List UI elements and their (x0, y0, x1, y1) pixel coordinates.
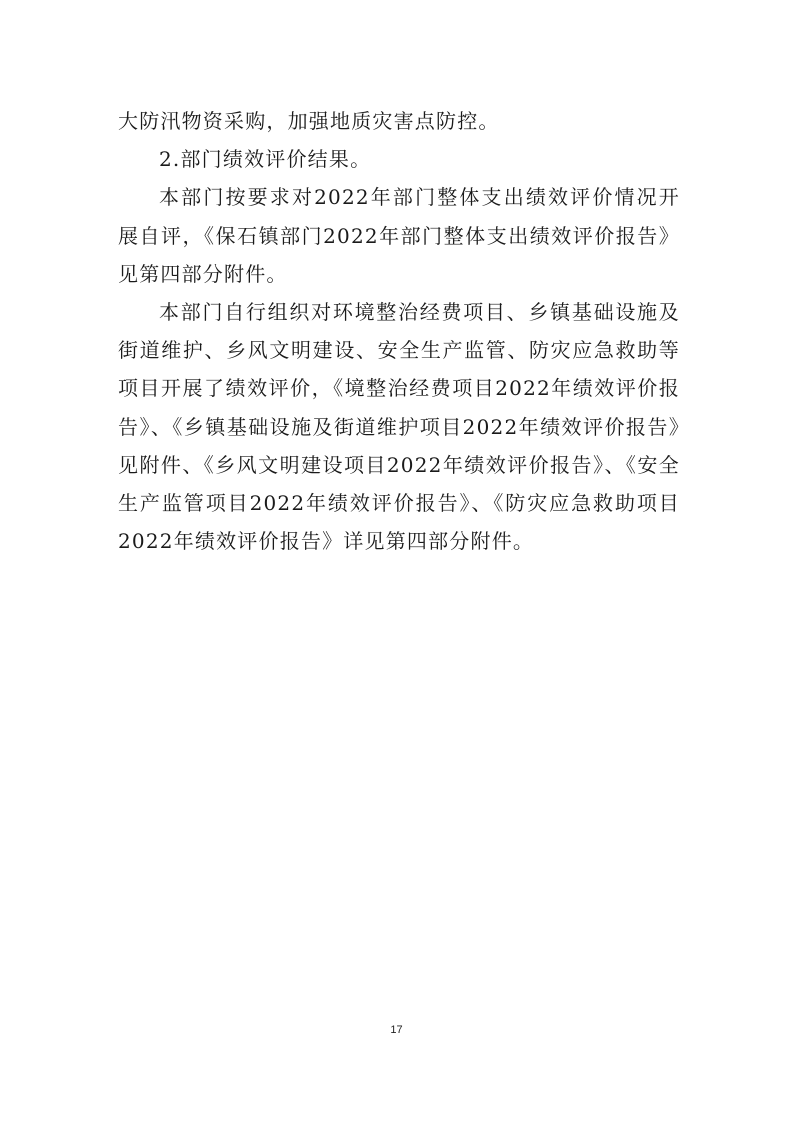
paragraph-self-evaluation: 本部门按要求对2022年部门整体支出绩效评价情况开展自评，《保石镇部门2022年… (118, 178, 680, 293)
page-number: 17 (0, 1024, 793, 1036)
paragraph-project-evaluation: 本部门自行组织对环境整治经费项目、乡镇基础设施及街道维护、乡风文明建设、安全生产… (118, 293, 680, 560)
section-heading: 2.部门绩效评价结果。 (118, 140, 680, 178)
document-page: 大防汛物资采购，加强地质灾害点防控。 2.部门绩效评价结果。 本部门按要求对20… (0, 0, 793, 1122)
paragraph-continuation: 大防汛物资采购，加强地质灾害点防控。 (118, 102, 680, 140)
body-text: 大防汛物资采购，加强地质灾害点防控。 2.部门绩效评价结果。 本部门按要求对20… (118, 102, 680, 560)
